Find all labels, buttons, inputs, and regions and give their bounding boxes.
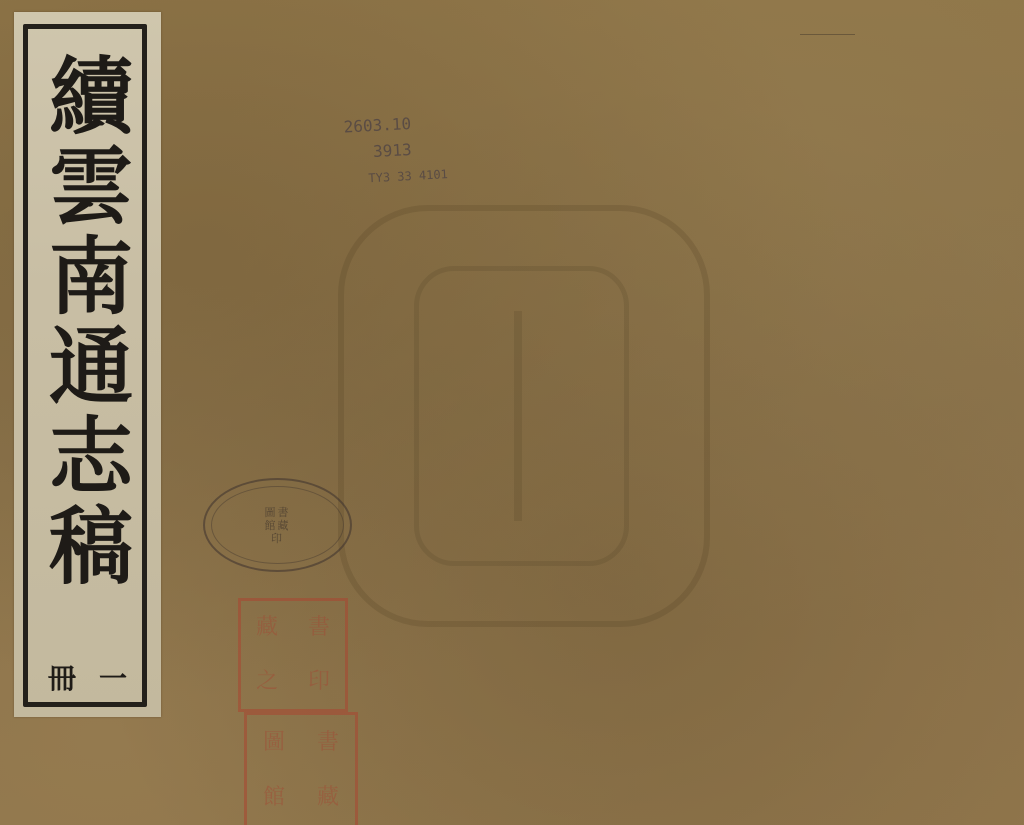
volume-index: 一 bbox=[99, 657, 127, 697]
title-char-5: 志 bbox=[49, 412, 133, 502]
book-cover: 2603.10 3913 TY3 33 4101 續 雲 南 通 志 稿 冊 一… bbox=[0, 0, 1024, 825]
title-slip: 續 雲 南 通 志 稿 冊 一 bbox=[14, 12, 161, 717]
seal-char: 書 bbox=[317, 731, 339, 755]
red-seal-lower: 圖 書 館 藏 bbox=[244, 712, 358, 825]
volume-number: 冊 一 bbox=[34, 657, 141, 697]
handwritten-catalog-number: 2603.10 3913 TY3 33 4101 bbox=[343, 106, 517, 193]
seal-char: 圖 bbox=[263, 731, 285, 755]
seal-char: 藏 bbox=[317, 786, 339, 810]
seal-char: 書 bbox=[308, 616, 330, 640]
title-char-6: 稿 bbox=[49, 502, 133, 592]
book-title: 續 雲 南 通 志 稿 bbox=[36, 52, 146, 592]
title-char-3: 南 bbox=[49, 232, 133, 322]
title-char-4: 通 bbox=[49, 322, 133, 412]
seal-char: 印 bbox=[308, 670, 330, 694]
seal-char: 之 bbox=[256, 670, 278, 694]
title-char-2: 雲 bbox=[49, 142, 133, 232]
stamp-inner-ring bbox=[211, 486, 344, 564]
library-oval-stamp: 圖書 館藏 印 bbox=[203, 478, 352, 572]
volume-label: 冊 bbox=[48, 657, 76, 697]
seal-char: 館 bbox=[263, 786, 285, 810]
pencil-mark bbox=[800, 34, 855, 35]
red-seal-upper: 藏 書 之 印 bbox=[238, 598, 348, 712]
title-char-1: 續 bbox=[49, 52, 133, 142]
watermark-emblem bbox=[338, 205, 710, 627]
seal-char: 藏 bbox=[256, 616, 278, 640]
